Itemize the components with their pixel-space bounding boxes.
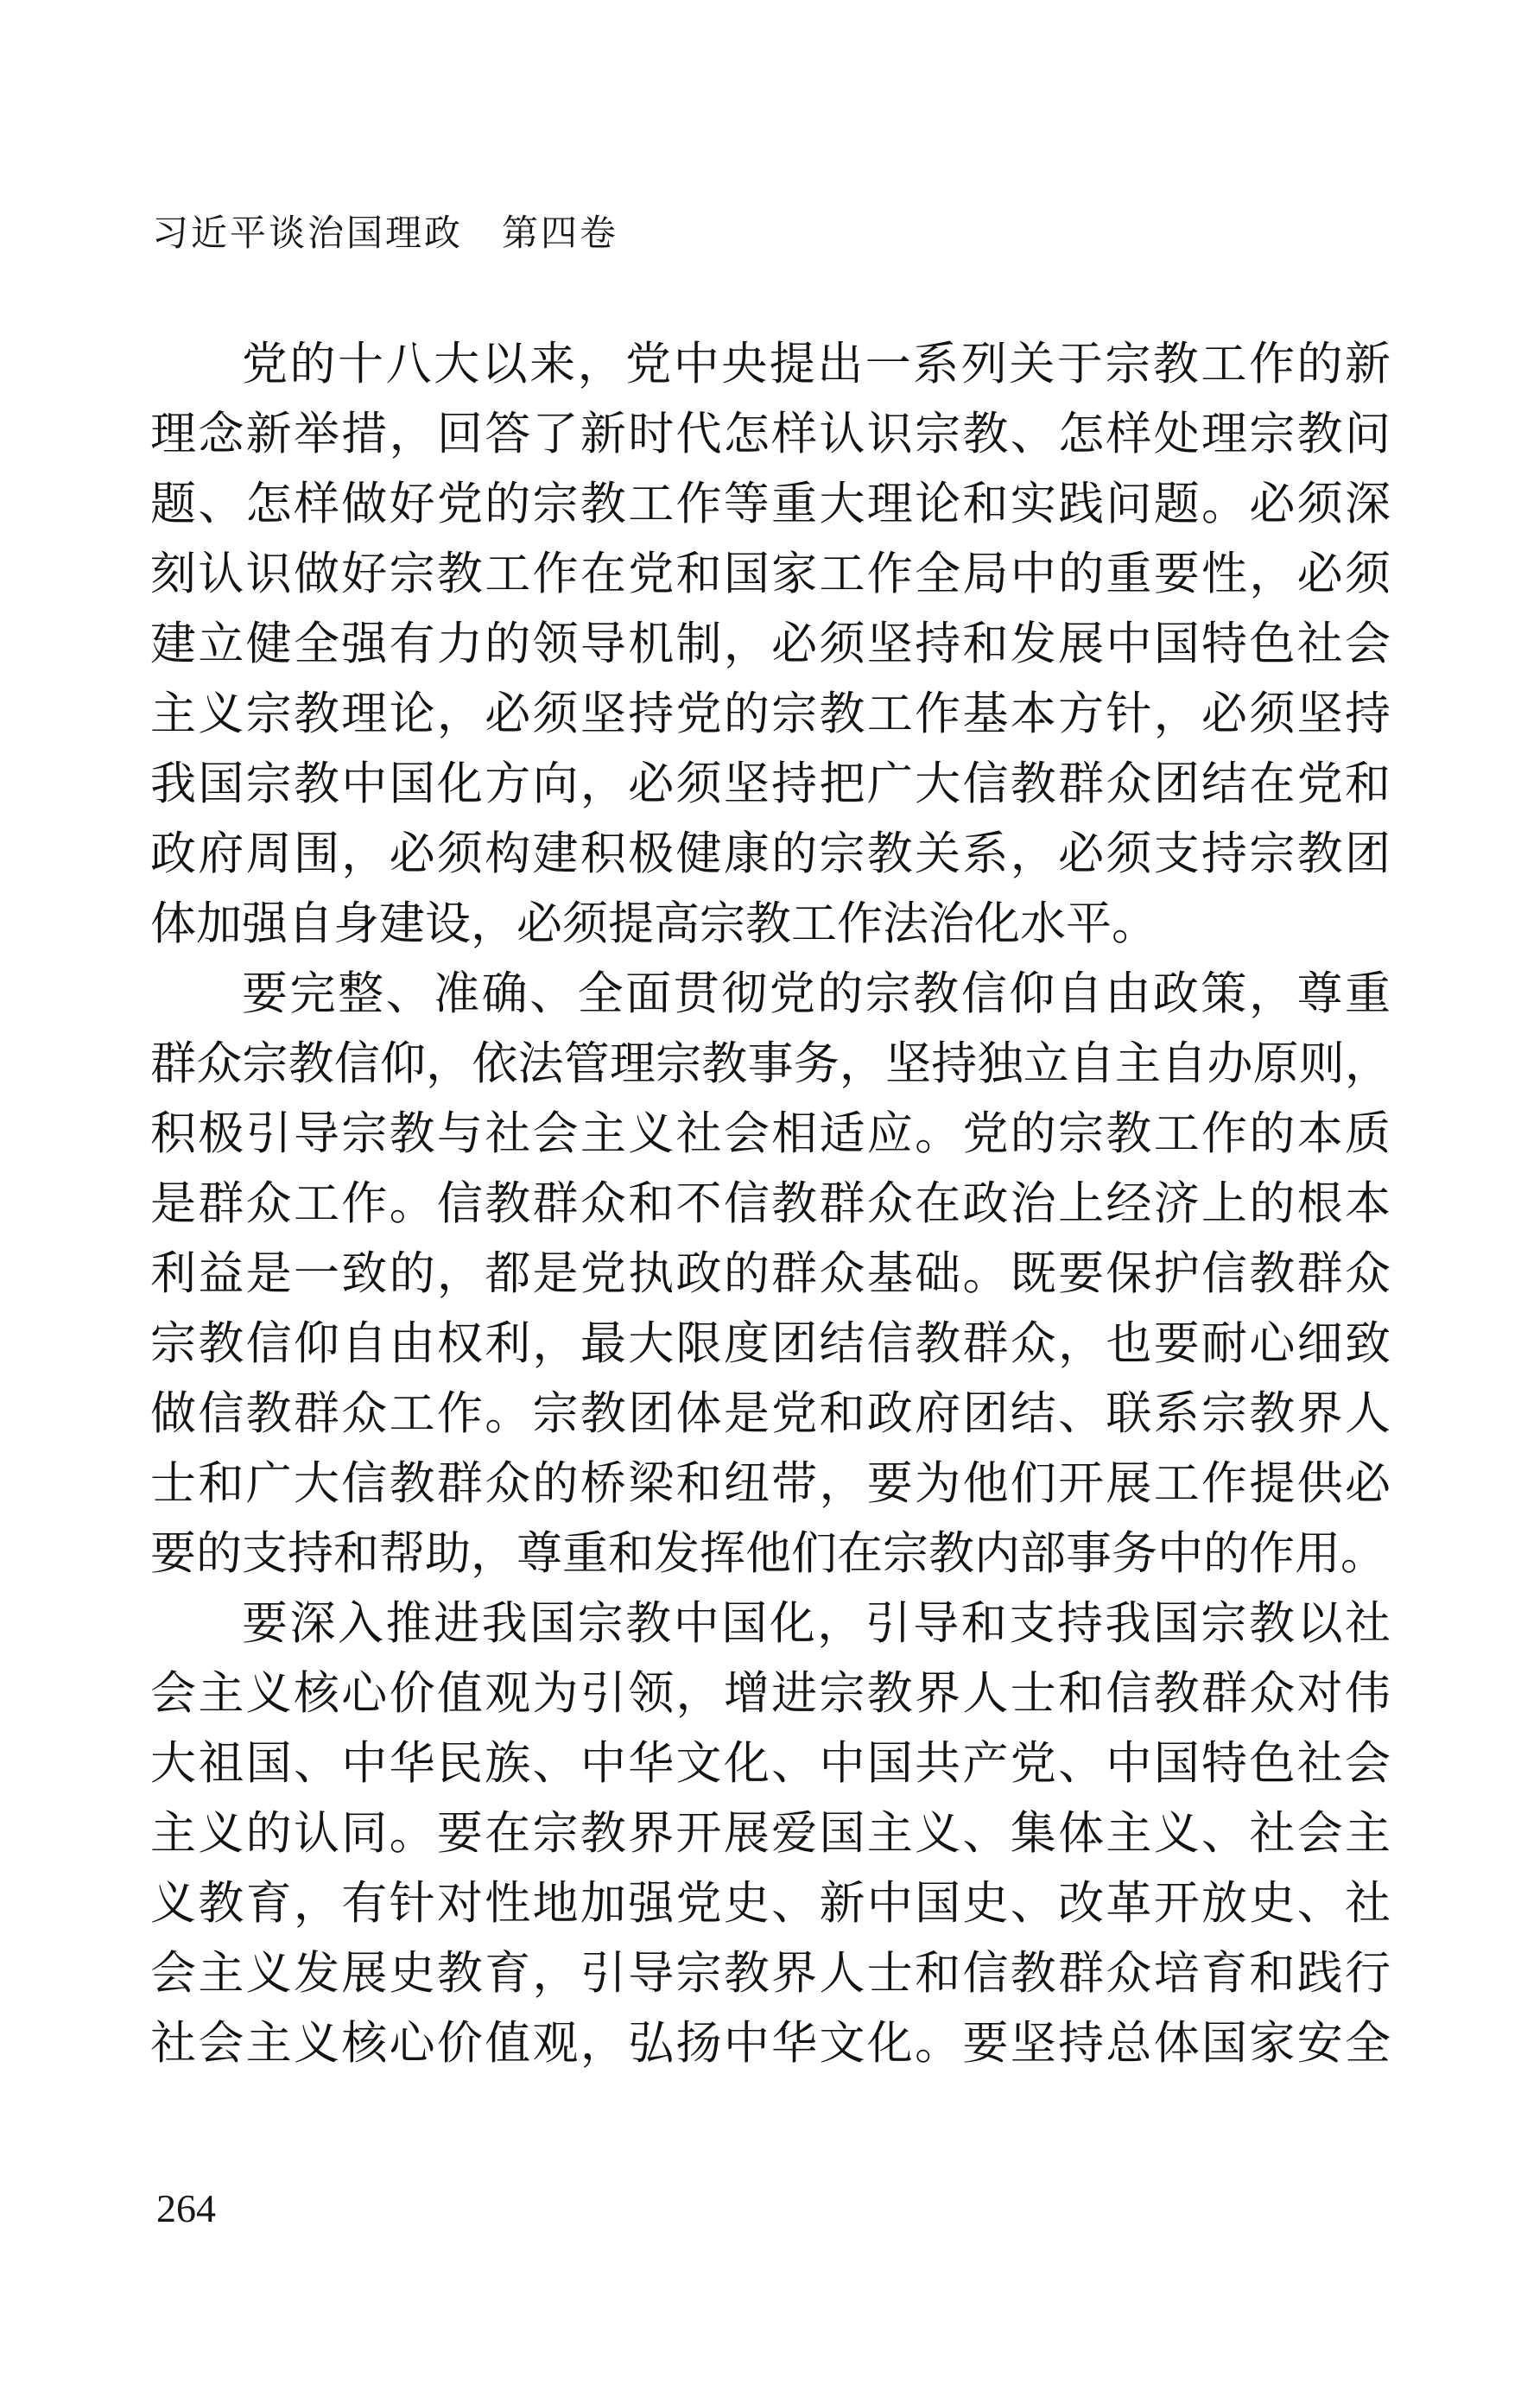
text-line: 社会主义核心价值观，弘扬中华文化。要坚持总体国家安全 xyxy=(150,2009,1391,2079)
text-line: 要深入推进我国宗教中国化，引导和支持我国宗教以社 xyxy=(150,1589,1391,1659)
text-line: 理念新举措，回答了新时代怎样认识宗教、怎样处理宗教问 xyxy=(150,400,1391,470)
text-line: 主义宗教理论，必须坚持党的宗教工作基本方针，必须坚持 xyxy=(150,680,1391,750)
text-line: 政府周围，必须构建积极健康的宗教关系，必须支持宗教团 xyxy=(150,820,1391,890)
text-line: 刻认识做好宗教工作在党和国家工作全局中的重要性，必须 xyxy=(150,540,1391,610)
text-line: 利益是一致的，都是党执政的群众基础。既要保护信教群众 xyxy=(150,1240,1391,1310)
text-line: 做信教群众工作。宗教团体是党和政府团结、联系宗教界人 xyxy=(150,1379,1391,1449)
text-line: 题、怎样做好党的宗教工作等重大理论和实践问题。必须深 xyxy=(150,470,1391,540)
text-line: 是群众工作。信教群众和不信教群众在政治上经济上的根本 xyxy=(150,1170,1391,1240)
text-line: 宗教信仰自由权利，最大限度团结信教群众，也要耐心细致 xyxy=(150,1310,1391,1379)
text-line: 主义的认同。要在宗教界开展爱国主义、集体主义、社会主 xyxy=(150,1799,1391,1869)
paragraph: 要深入推进我国宗教中国化，引导和支持我国宗教以社会主义核心价值观为引领，增进宗教… xyxy=(150,1589,1391,2079)
text-line: 士和广大信教群众的桥梁和纽带，要为他们开展工作提供必 xyxy=(150,1449,1391,1519)
text-line: 建立健全强有力的领导机制，必须坚持和发展中国特色社会 xyxy=(150,610,1391,680)
text-line: 大祖国、中华民族、中华文化、中国共产党、中国特色社会 xyxy=(150,1729,1391,1799)
text-line: 要的支持和帮助，尊重和发挥他们在宗教内部事务中的作用。 xyxy=(150,1519,1391,1589)
text-line: 党的十八大以来，党中央提出一系列关于宗教工作的新 xyxy=(150,330,1391,400)
page-number: 264 xyxy=(156,2189,216,2229)
text-line: 积极引导宗教与社会主义社会相适应。党的宗教工作的本质 xyxy=(150,1100,1391,1170)
body-text: 党的十八大以来，党中央提出一系列关于宗教工作的新理念新举措，回答了新时代怎样认识… xyxy=(150,330,1391,2079)
text-line: 要完整、准确、全面贯彻党的宗教信仰自由政策，尊重 xyxy=(150,960,1391,1030)
book-page: 习近平谈治国理政 第四卷 党的十八大以来，党中央提出一系列关于宗教工作的新理念新… xyxy=(0,0,1540,2391)
text-line: 会主义发展史教育，引导宗教界人士和信教群众培育和践行 xyxy=(150,1939,1391,2009)
text-line: 群众宗教信仰，依法管理宗教事务，坚持独立自主自办原则， xyxy=(150,1030,1391,1100)
text-line: 义教育，有针对性地加强党史、新中国史、改革开放史、社 xyxy=(150,1869,1391,1939)
paragraph: 要完整、准确、全面贯彻党的宗教信仰自由政策，尊重群众宗教信仰，依法管理宗教事务，… xyxy=(150,960,1391,1589)
text-line: 会主义核心价值观为引领，增进宗教界人士和信教群众对伟 xyxy=(150,1659,1391,1729)
text-line: 我国宗教中国化方向，必须坚持把广大信教群众团结在党和 xyxy=(150,750,1391,820)
paragraph: 党的十八大以来，党中央提出一系列关于宗教工作的新理念新举措，回答了新时代怎样认识… xyxy=(150,330,1391,960)
running-header: 习近平谈治国理政 第四卷 xyxy=(152,216,618,252)
text-line: 体加强自身建设，必须提高宗教工作法治化水平。 xyxy=(150,890,1391,960)
